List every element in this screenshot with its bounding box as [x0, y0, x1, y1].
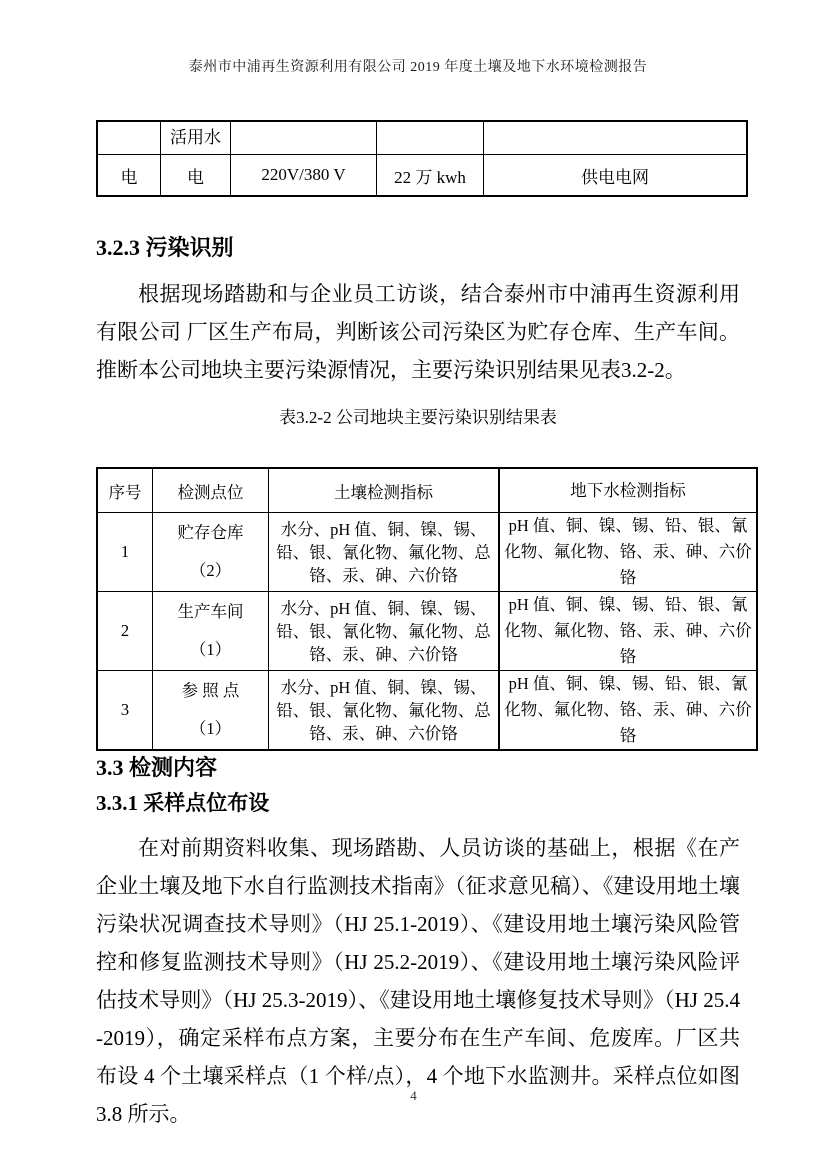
- table-row: 2 生产车间 （1） 水分、pH 值、铜、镍、锡、铅、银、氰化物、氟化物、总铬、…: [97, 592, 757, 671]
- groundwater-indicators-cell: pH 值、铜、镍、锡、铅、银、氰化物、氟化物、铬、汞、砷、六价铬: [499, 592, 757, 671]
- utility-cell: [484, 121, 748, 155]
- section-heading-3-2-3: 3.2.3 污染识别: [96, 233, 740, 263]
- table-row: 1 贮存仓库 （2） 水分、pH 值、铜、镍、锡、铅、银、氰化物、氟化物、总铬、…: [97, 513, 757, 592]
- point-count: （1）: [155, 635, 266, 665]
- seq-cell: 1: [97, 513, 153, 592]
- utility-cell-living-water: 活用水: [161, 121, 231, 155]
- column-header-seq: 序号: [97, 468, 153, 513]
- utility-cell-source: 供电电网: [484, 155, 748, 197]
- point-name: 参 照 点: [155, 676, 266, 706]
- seq-cell: 2: [97, 592, 153, 671]
- utility-cell: [377, 121, 484, 155]
- seq-cell: 3: [97, 671, 153, 751]
- spacer: [155, 706, 266, 714]
- pollution-identification-table: 序号 检测点位 土壤检测指标 地下水检测指标 1 贮存仓库 （2） 水分、pH …: [96, 467, 758, 751]
- utility-cell: [97, 121, 161, 155]
- table-caption-3-2-2: 表3.2-2 公司地块主要污染识别结果表: [96, 405, 740, 431]
- document-page: 泰州市中浦再生资源利用有限公司 2019 年度土壤及地下水环境检测报告 活用水 …: [0, 0, 827, 1169]
- spacer: [155, 548, 266, 556]
- paragraph-pollution-identification: 根据现场踏勘和与企业员工访谈，结合泰州市中浦再生资源利用有限公司 厂区生产布局，…: [96, 275, 740, 389]
- column-header-point: 检测点位: [153, 468, 269, 513]
- page-number: 4: [0, 1088, 827, 1104]
- point-name: 生产车间: [155, 597, 266, 627]
- utility-table-row-cutoff: 活用水: [97, 121, 747, 155]
- point-count: （1）: [155, 714, 266, 744]
- utility-cell-voltage: 220V/380 V: [231, 155, 377, 197]
- point-name: 贮存仓库: [155, 518, 266, 548]
- groundwater-indicators-cell: pH 值、铜、镍、锡、铅、银、氰化物、氟化物、铬、汞、砷、六价铬: [499, 671, 757, 751]
- utility-cell-category: 电: [97, 155, 161, 197]
- pollution-table-header-row: 序号 检测点位 土壤检测指标 地下水检测指标: [97, 468, 757, 513]
- point-cell: 参 照 点 （1）: [153, 671, 269, 751]
- point-cell: 贮存仓库 （2）: [153, 513, 269, 592]
- groundwater-indicators-cell: pH 值、铜、镍、锡、铅、银、氰化物、氟化物、铬、汞、砷、六价铬: [499, 513, 757, 592]
- utility-cell-type: 电: [161, 155, 231, 197]
- section-heading-3-3-1: 3.3.1 采样点位布设: [96, 789, 740, 817]
- column-header-groundwater: 地下水检测指标: [499, 468, 757, 513]
- point-count: （2）: [155, 556, 266, 586]
- report-header-title: 泰州市中浦再生资源利用有限公司 2019 年度土壤及地下水环境检测报告: [96, 58, 740, 78]
- section-heading-3-3: 3.3 检测内容: [96, 753, 740, 783]
- table-row: 3 参 照 点 （1） 水分、pH 值、铜、镍、锡、铅、银、氰化物、氟化物、总铬…: [97, 671, 757, 751]
- utility-cell-consumption: 22 万 kwh: [377, 155, 484, 197]
- spacer: [155, 627, 266, 635]
- utility-cell: [231, 121, 377, 155]
- soil-indicators-cell: 水分、pH 值、铜、镍、锡、铅、银、氰化物、氟化物、总铬、汞、砷、六价铬: [269, 513, 500, 592]
- soil-indicators-cell: 水分、pH 值、铜、镍、锡、铅、银、氰化物、氟化物、总铬、汞、砷、六价铬: [269, 671, 500, 751]
- utility-table: 活用水 电 电 220V/380 V 22 万 kwh 供电电网: [96, 120, 748, 197]
- soil-indicators-cell: 水分、pH 值、铜、镍、锡、铅、银、氰化物、氟化物、总铬、汞、砷、六价铬: [269, 592, 500, 671]
- column-header-soil: 土壤检测指标: [269, 468, 500, 513]
- point-cell: 生产车间 （1）: [153, 592, 269, 671]
- utility-table-row-electric: 电 电 220V/380 V 22 万 kwh 供电电网: [97, 155, 747, 197]
